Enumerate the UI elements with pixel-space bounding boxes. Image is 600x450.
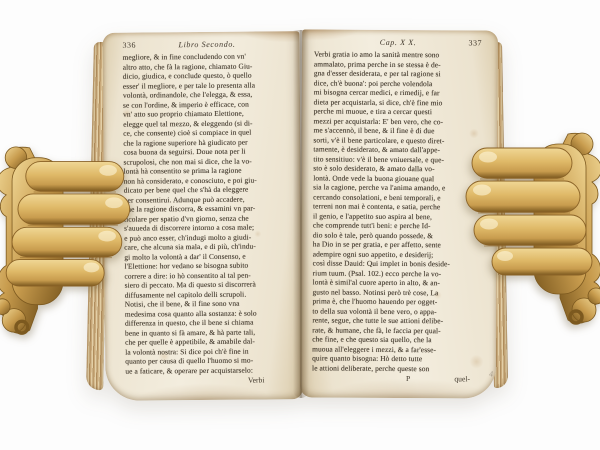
left-page-number: 336 [122, 40, 148, 49]
left-page-catchword: Verbi [125, 375, 294, 385]
right-page-margin-mark: 4 [489, 370, 493, 379]
right-running-header: Cap. X X. [340, 38, 456, 48]
right-page-direction-line: P quel- [312, 373, 480, 386]
gilded-hand-left [0, 142, 138, 338]
left-page-header: 336 Libro Secondo. [122, 39, 291, 49]
photo-stage: 336 Libro Secondo. megliore, & in fine c… [0, 0, 600, 450]
left-running-header: Libro Secondo. [148, 39, 265, 49]
right-page-text: Verbi gratia io amo la sanità mentre son… [312, 49, 482, 373]
gilded-hand-right [458, 128, 600, 328]
book-gutter-shadow [293, 30, 309, 398]
right-page-catchword: quel- [454, 374, 470, 383]
right-page-header: Cap. X X. 337 [314, 37, 482, 47]
left-page-text: megliore, & in fine concludendo con vn' … [123, 51, 295, 375]
right-page-number: 337 [456, 38, 482, 47]
right-page-signature: P [406, 374, 410, 383]
